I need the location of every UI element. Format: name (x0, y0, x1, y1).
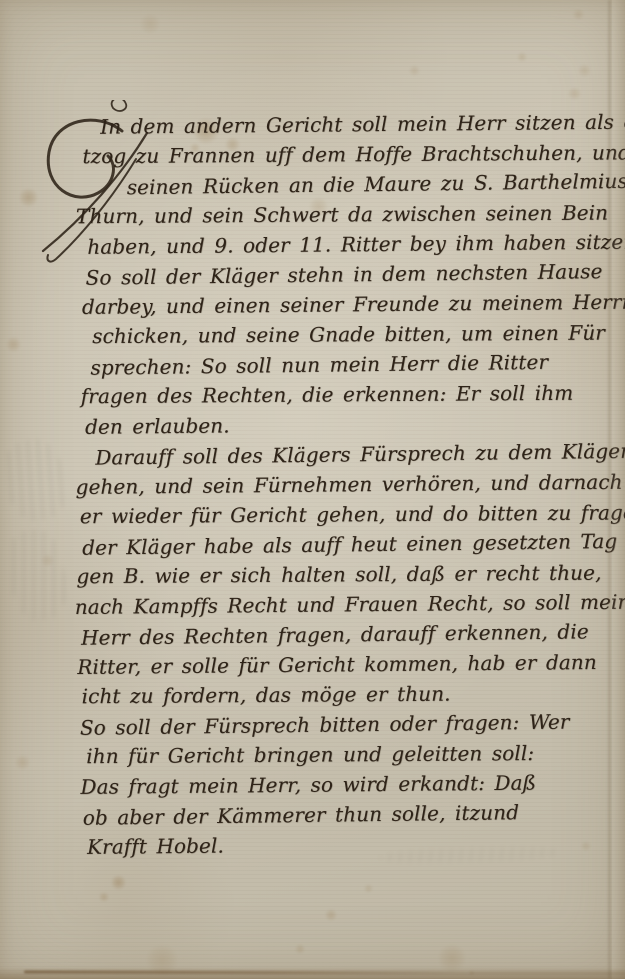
manuscript-line: Krafft Hobel. (87, 827, 622, 862)
foxing-spot (517, 52, 527, 62)
manuscript-line: Thurn, und sein Schwert da zwischen sein… (76, 197, 616, 231)
manuscript-line: fragen des Rechten, die erkennen: Er sol… (81, 377, 618, 411)
manuscript-line: In dem andern Gericht soll mein Herr sit… (100, 107, 615, 142)
foxing-spot (6, 337, 21, 352)
foxing-spot (15, 755, 30, 770)
manuscript-line: gen B. wie er sich halten soll, daß er r… (76, 557, 619, 591)
ink-showthrough (3, 526, 72, 624)
foxing-spot (409, 65, 420, 76)
manuscript-text: In dem andern Gericht soll mein Herr sit… (70, 107, 622, 862)
manuscript-line: gehen, und sein Fürnehmen verhören, und … (75, 467, 618, 502)
foxing-spot (325, 909, 337, 921)
manuscript-line: ihn für Gericht bringen und geleitten so… (86, 737, 621, 771)
manuscript-line: Ritter, er solle für Gericht kommen, hab… (77, 647, 620, 682)
foxing-spot (578, 64, 591, 77)
foxing-spot (146, 944, 178, 976)
foxing-spot (140, 14, 160, 34)
foxing-spot (99, 892, 109, 902)
foxing-spot (573, 9, 584, 20)
foxing-spot (438, 944, 466, 972)
foxing-spot (41, 554, 54, 567)
foxing-spot (364, 884, 373, 893)
foxing-spot (111, 875, 126, 890)
foxing-spot (568, 87, 581, 100)
page-bottom-edge (24, 970, 474, 974)
page-bottom-edge-faint (470, 972, 625, 974)
page-bottom-shade (0, 967, 625, 979)
foxing-spot (295, 944, 305, 954)
manuscript-page: In dem andern Gericht soll mein Herr sit… (0, 0, 625, 979)
manuscript-line: seinen Rücken an die Maure zu S. Barthel… (127, 166, 616, 202)
foxing-spot (19, 188, 38, 207)
ink-showthrough (0, 434, 73, 526)
manuscript-line: darbey, und einen seiner Freunde zu mein… (82, 287, 617, 322)
